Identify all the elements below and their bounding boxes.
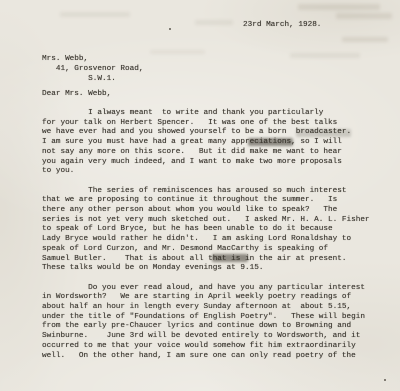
bleedthrough-mark (60, 12, 130, 17)
letter-line: from the early pre-Chaucer lyrics and co… (42, 322, 392, 332)
salutation: Dear Mrs. Webb, (42, 90, 111, 100)
letter-line: The series of reminiscences has aroused … (42, 187, 392, 197)
letter-line: I am sure you must have had a great many… (42, 138, 392, 148)
letter-line: you again very much indeed, and I want t… (42, 158, 392, 168)
letter-line: we have ever had and you showed yourself… (42, 128, 392, 138)
bleedthrough-mark (150, 50, 205, 54)
ink-speck (169, 28, 171, 30)
letter-line: Do you ever read aloud, and have you any… (42, 284, 392, 294)
recipient-name: Mrs. Webb, (42, 54, 144, 64)
letter-line: Lady Bryce would rather he didn't. I am … (42, 235, 392, 245)
letter-line: Swinburne. June 3rd will be devoted enti… (42, 332, 392, 342)
letter-line: speak of Lord Curzon, and Mr. Desmond Ma… (42, 245, 392, 255)
paragraph-2: The series of reminiscences has aroused … (42, 187, 392, 274)
paragraph-3: Do you ever read aloud, and have you any… (42, 284, 392, 362)
letter-line: to you. (42, 167, 392, 177)
bleedthrough-mark (195, 20, 233, 25)
letter-line: that we are proposing to continue it thr… (42, 196, 392, 206)
letter-line: not say any more on this score. But it d… (42, 148, 392, 158)
bleedthrough-mark (336, 13, 392, 19)
letter-body: I always meant to write and thank you pa… (42, 109, 392, 371)
letter-line: about half an hour in length every Sunda… (42, 303, 392, 313)
paragraph-1: I always meant to write and thank you pa… (42, 109, 392, 177)
letter-line: there any other person about whom you wo… (42, 206, 392, 216)
letter-line: for your talk on Herbert Spencer. It was… (42, 119, 392, 129)
letter-line: series is not yet very much sketched out… (42, 216, 392, 226)
recipient-street: 41, Grosvenor Road, (42, 64, 144, 74)
letter-line: I always meant to write and thank you pa… (42, 109, 392, 119)
letter-page: 23rd March, 1928. Mrs. Webb, 41, Grosven… (0, 0, 400, 391)
bleedthrough-mark (342, 37, 388, 42)
bleedthrough-mark (290, 53, 360, 58)
letter-line: well. On the other hand, I am sure one c… (42, 352, 392, 362)
recipient-district: S.W.1. (42, 74, 144, 84)
letter-line: These talks would be on Monday evenings … (42, 264, 392, 274)
ink-speck (384, 379, 386, 381)
letter-line: in Wordsworth? We are starting in April … (42, 293, 392, 303)
letter-line: to speak of Lord Bryce, but he has been … (42, 225, 392, 235)
letter-line: occurred to me that your voice would som… (42, 342, 392, 352)
recipient-address: Mrs. Webb, 41, Grosvenor Road, S.W.1. (42, 54, 144, 84)
letter-line: Samuel Butler. That is about all that is… (42, 255, 392, 265)
letter-line: under the title of "Foundations of Engli… (42, 313, 392, 323)
bleedthrough-mark (298, 4, 380, 10)
letter-date: 23rd March, 1928. (243, 21, 321, 31)
